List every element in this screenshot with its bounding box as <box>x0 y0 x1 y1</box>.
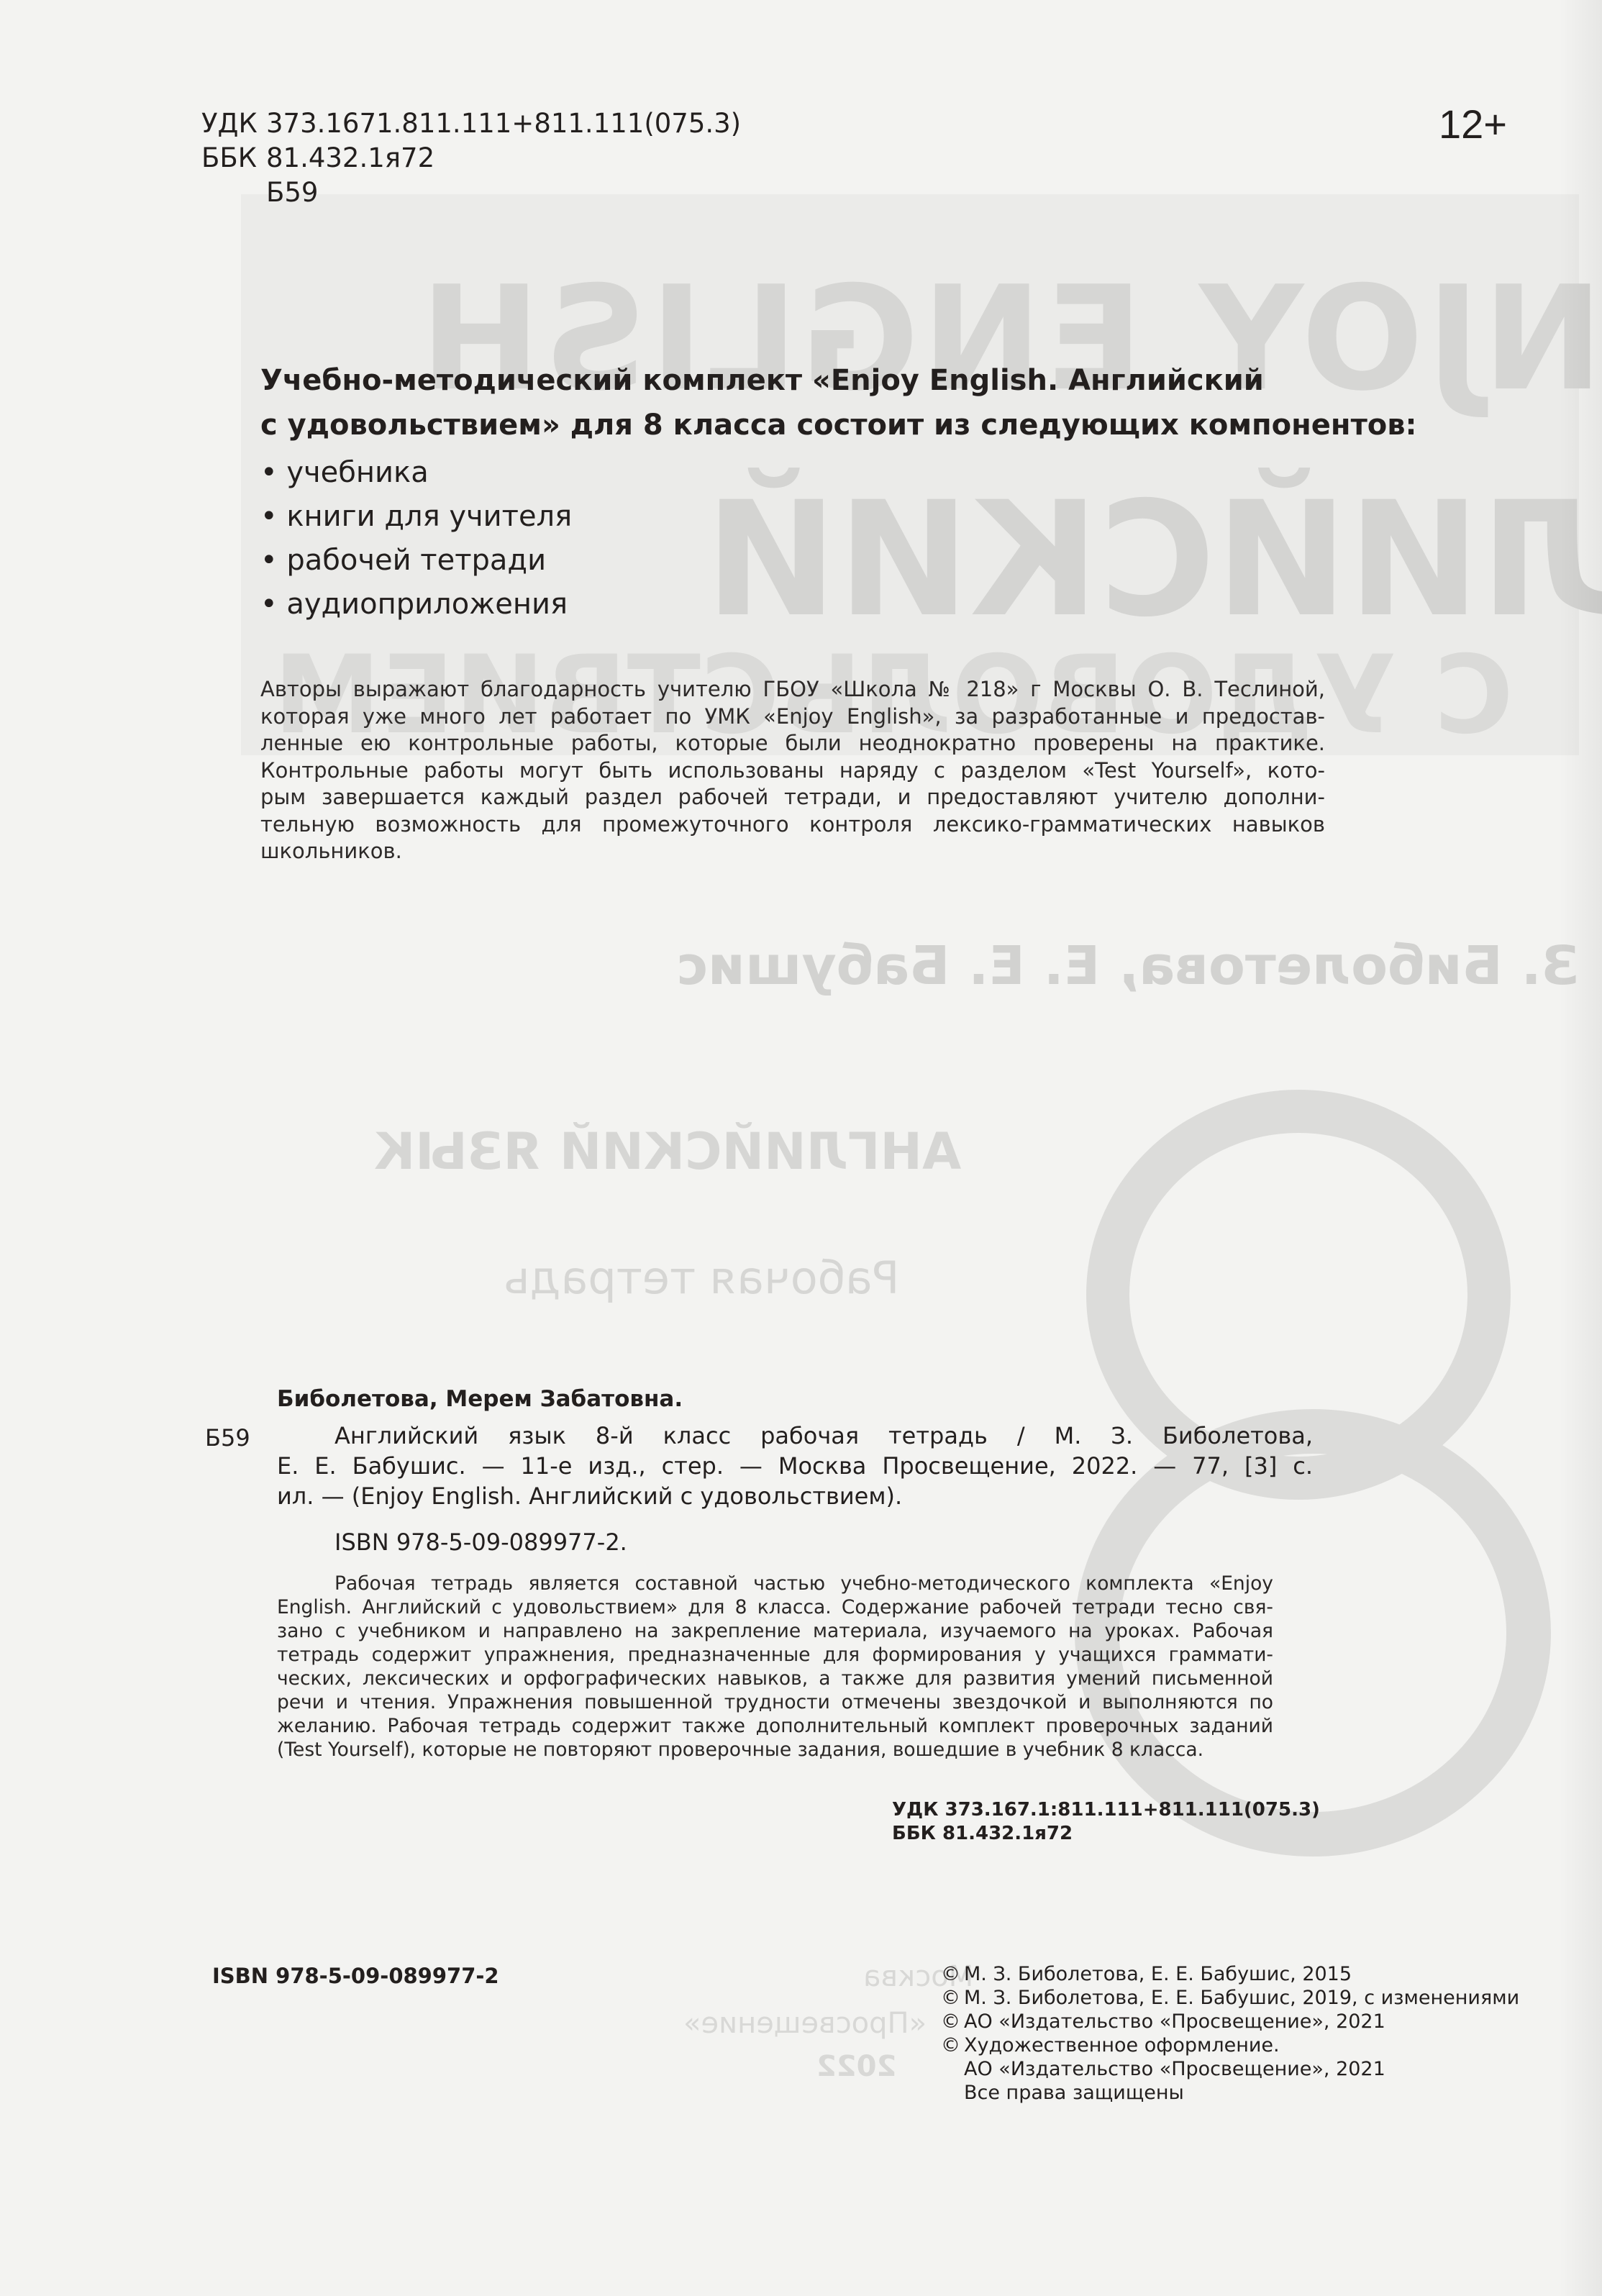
list-item: аудиоприложения <box>260 583 572 627</box>
annotation-line: English. Английский с удовольствием» для… <box>277 1595 1273 1619</box>
description-line: ил. — (Enjoy English. Английский с удово… <box>277 1481 1313 1511</box>
list-item: книги для учителя <box>260 495 572 539</box>
catalog-description: Английский язык 8-й класс рабочая тетрад… <box>277 1421 1313 1511</box>
bbk-label: ББК <box>201 141 266 176</box>
catalog-classification: УДК 373.167.1:811.111+811.111(075.3) ББК… <box>892 1798 1320 1846</box>
copyright-icon: © <box>941 2010 964 2033</box>
kit-intro: Учебно-методический комплект «Enjoy Engl… <box>260 358 1417 447</box>
catalog-bbk: ББК 81.432.1я72 <box>892 1822 1320 1846</box>
kit-components-list: учебника книги для учителя рабочей тетра… <box>260 451 572 627</box>
udk-value: 373.1671.811.111+811.111(075.3) <box>266 106 741 141</box>
ghost-title-angliyskiy: АНГЛИЙСКИЙ <box>705 468 1602 652</box>
copyright-icon: © <box>941 1962 964 1986</box>
udk-label: УДК <box>201 106 266 141</box>
ghost-authors: М. З. Биболетова, Е. Е. Бабушис <box>676 935 1602 997</box>
catalog-isbn: ISBN 978-5-09-089977-2. <box>334 1529 627 1556</box>
catalog-udk: УДК 373.167.1:811.111+811.111(075.3) <box>892 1798 1320 1822</box>
paragraph-line: рым завершается каждый раздел рабочей те… <box>260 784 1325 811</box>
paragraph-line: тельную возможность для промежуточного к… <box>260 811 1325 839</box>
paragraph-line: школьников. <box>260 838 1325 865</box>
annotation-line: речи и чтения. Упражнения повышенной тру… <box>277 1690 1273 1714</box>
copyright-line: ©АО «Издательство «Просвещение», 2021 <box>941 2010 1519 2033</box>
annotation-line: Рабочая тетрадь является составной часть… <box>277 1572 1273 1595</box>
ghost-subject: АНГЛИЙСКИЙ ЯЗЫК <box>374 1122 961 1181</box>
ghost-publisher: «Просвещение» <box>683 2007 927 2040</box>
ghost-book-type: Рабочая тетрадь <box>504 1252 899 1304</box>
footer-isbn: ISBN 978-5-09-089977-2 <box>212 1964 499 1988</box>
description-line: Е. Е. Бабушис. — 11-е изд., стер. — Моск… <box>277 1451 1313 1481</box>
acknowledgement-paragraph: Авторы выражают благодарность учителю ГБ… <box>260 676 1325 865</box>
copyright-list: ©М. З. Биболетова, Е. Е. Бабушис, 2015 ©… <box>941 1962 1519 2105</box>
bbk-value: 81.432.1я72 <box>266 141 434 176</box>
kit-intro-line: Учебно-методический комплект «Enjoy Engl… <box>260 358 1417 403</box>
annotation-line: тетрадь содержит упражнения, предназначе… <box>277 1643 1273 1667</box>
annotation-line: желанию. Рабочая тетрадь содержит также … <box>277 1714 1273 1738</box>
page-edge-shadow <box>1559 0 1602 2296</box>
copyright-line: АО «Издательство «Просвещение», 2021 <box>941 2057 1519 2081</box>
age-rating-badge: 12+ <box>1439 101 1507 147</box>
annotation-line: ческих, лексических и орфографических на… <box>277 1667 1273 1690</box>
copyright-line: ©Художественное оформление. <box>941 2033 1519 2057</box>
catalog-author-mark: Б59 <box>205 1424 250 1452</box>
copyright-icon: © <box>941 1986 964 2010</box>
copyright-line: ©М. З. Биболетова, Е. Е. Бабушис, 2019, … <box>941 1986 1519 2010</box>
catalog-annotation: Рабочая тетрадь является составной часть… <box>277 1572 1273 1762</box>
paragraph-line: ленные ею контрольные работы, которые бы… <box>260 730 1325 757</box>
annotation-line: (Test Yourself), которые не повторяют пр… <box>277 1738 1273 1762</box>
ghost-year: 2022 <box>816 2050 896 2083</box>
paragraph-line: Авторы выражают благодарность учителю ГБ… <box>260 676 1325 703</box>
classification-block: УДК 373.1671.811.111+811.111(075.3) ББК … <box>201 106 741 210</box>
copyright-line: ©М. З. Биболетова, Е. Е. Бабушис, 2015 <box>941 1962 1519 1986</box>
annotation-line: зано с учебником и направлено на закрепл… <box>277 1619 1273 1643</box>
copyright-icon: © <box>941 2033 964 2057</box>
rights-reserved: Все права защищены <box>941 2081 1519 2105</box>
kit-intro-line: с удовольствием» для 8 класса состоит из… <box>260 403 1417 447</box>
description-line: Английский язык 8-й класс рабочая тетрад… <box>277 1421 1313 1451</box>
paragraph-line: Контрольные работы могут быть использова… <box>260 757 1325 785</box>
author-mark: Б59 <box>266 176 318 210</box>
paragraph-line: которая уже много лет работает по УМК «E… <box>260 703 1325 731</box>
list-item: рабочей тетради <box>260 539 572 583</box>
catalog-author-heading: Биболетова, Мерем Забатовна. <box>277 1386 683 1412</box>
list-item: учебника <box>260 451 572 495</box>
